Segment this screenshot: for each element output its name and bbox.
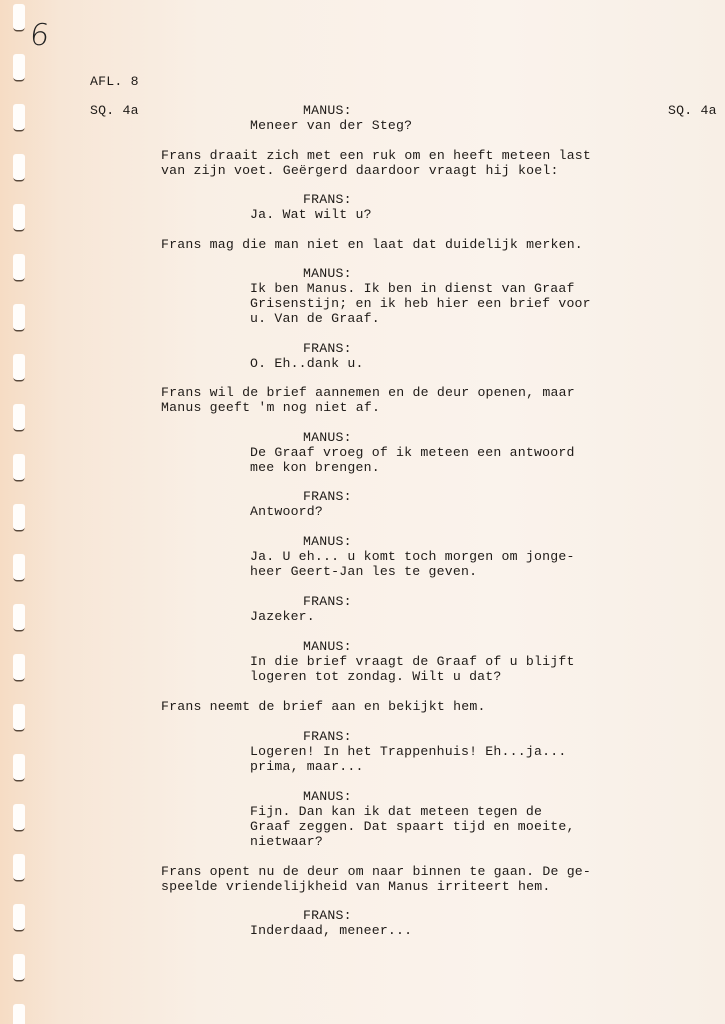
binding-hole (13, 154, 25, 180)
character-cue: MANUS: (303, 639, 352, 654)
handwritten-page-number: 6 (28, 18, 51, 53)
dialogue-line: logeren tot zondag. Wilt u dat? (250, 669, 502, 684)
character-cue: MANUS: (303, 789, 352, 804)
character-cue: FRANS: (303, 192, 352, 207)
character-cue: MANUS: (303, 534, 352, 549)
dialogue-line: heer Geert-Jan les te geven. (250, 564, 477, 579)
binding-hole (13, 204, 25, 230)
binding-hole (13, 754, 25, 780)
binding-hole (13, 454, 25, 480)
sequence-label-right: SQ. 4a (668, 103, 717, 118)
binding-hole (13, 54, 25, 80)
dialogue-line: u. Van de Graaf. (250, 311, 380, 326)
dialogue-line: nietwaar? (250, 834, 323, 849)
character-cue: FRANS: (303, 341, 352, 356)
dialogue-line: Fijn. Dan kan ik dat meteen tegen de (250, 804, 542, 819)
character-cue: MANUS: (303, 103, 352, 118)
dialogue-line: Logeren! In het Trappenhuis! Eh...ja... (250, 744, 566, 759)
dialogue-line: Ja. Wat wilt u? (250, 207, 372, 222)
dialogue-line: mee kon brengen. (250, 460, 380, 475)
dialogue-line: Jazeker. (250, 609, 315, 624)
character-cue: MANUS: (303, 266, 352, 281)
dialogue-line: Ja. U eh... u komt toch morgen om jonge- (250, 549, 575, 564)
binding-hole (13, 404, 25, 430)
dialogue-line: prima, maar... (250, 759, 364, 774)
character-cue: MANUS: (303, 430, 352, 445)
binding-hole (13, 904, 25, 930)
character-cue: FRANS: (303, 729, 352, 744)
action-line: Frans draait zich met een ruk om en heef… (161, 148, 591, 163)
binding-hole (13, 854, 25, 880)
binding-holes (0, 0, 40, 1024)
character-cue: FRANS: (303, 908, 352, 923)
binding-hole (13, 304, 25, 330)
action-line: van zijn voet. Geërgerd daardoor vraagt … (161, 163, 559, 178)
episode-label: AFL. 8 (90, 74, 139, 89)
sequence-label-left: SQ. 4a (90, 103, 139, 118)
binding-hole (13, 804, 25, 830)
binding-hole (13, 554, 25, 580)
binding-hole (13, 354, 25, 380)
dialogue-line: Graaf zeggen. Dat spaart tijd en moeite, (250, 819, 575, 834)
dialogue-line: Ik ben Manus. Ik ben in dienst van Graaf (250, 281, 575, 296)
action-line: Frans neemt de brief aan en bekijkt hem. (161, 699, 486, 714)
action-line: Frans mag die man niet en laat dat duide… (161, 237, 583, 252)
dialogue-line: De Graaf vroeg of ik meteen een antwoord (250, 445, 575, 460)
dialogue-line: O. Eh..dank u. (250, 356, 364, 371)
action-line: Frans opent nu de deur om naar binnen te… (161, 864, 591, 879)
binding-hole (13, 1004, 25, 1024)
binding-hole (13, 504, 25, 530)
action-line: Manus geeft 'm nog niet af. (161, 400, 380, 415)
action-line: speelde vriendelijkheid van Manus irrite… (161, 879, 550, 894)
binding-hole (13, 104, 25, 130)
binding-hole (13, 704, 25, 730)
character-cue: FRANS: (303, 489, 352, 504)
binding-hole (13, 954, 25, 980)
binding-hole (13, 654, 25, 680)
dialogue-line: Grisenstijn; en ik heb hier een brief vo… (250, 296, 591, 311)
dialogue-line: Antwoord? (250, 504, 323, 519)
binding-hole (13, 254, 25, 280)
binding-hole (13, 604, 25, 630)
dialogue-line: In die brief vraagt de Graaf of u blijft (250, 654, 575, 669)
dialogue-line: Inderdaad, meneer... (250, 923, 412, 938)
action-line: Frans wil de brief aannemen en de deur o… (161, 385, 575, 400)
character-cue: FRANS: (303, 594, 352, 609)
dialogue-line: Meneer van der Steg? (250, 118, 412, 133)
binding-hole (13, 4, 25, 30)
